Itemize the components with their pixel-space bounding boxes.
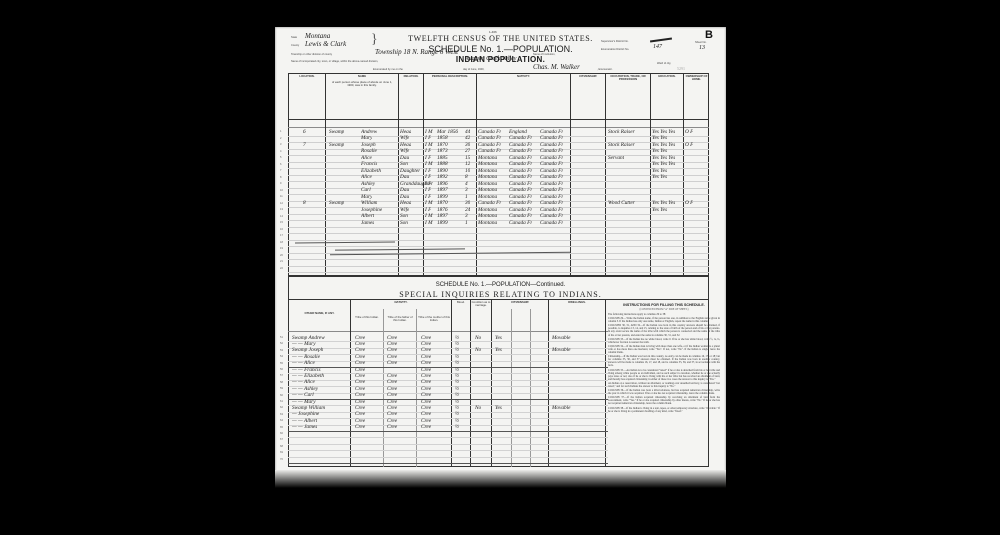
- col-divider: [605, 299, 606, 467]
- row-rule: [288, 463, 608, 464]
- birthplace-self: Montana: [478, 155, 497, 161]
- date-label: day of June, 1900,: [463, 68, 484, 71]
- age: 24: [465, 207, 470, 213]
- supervisor-label: Supervisor's District No.: [601, 40, 629, 43]
- tribe-father: Cree: [387, 354, 397, 360]
- instruction-paragraph: COLUMN 29.—Write the Indian name, if the…: [608, 317, 720, 323]
- tribe-father: Cree: [387, 347, 397, 353]
- birth-date: 1885: [437, 155, 448, 161]
- birthplace-mother: Canada Fr: [540, 155, 563, 161]
- sex-race: I M: [425, 200, 433, 206]
- line-number: 55: [280, 362, 283, 365]
- other-name: — — Carl: [292, 392, 314, 398]
- line-number: 2: [280, 137, 281, 140]
- line-number: 19: [280, 247, 283, 250]
- sex-race: I M: [425, 220, 433, 226]
- header-marriage: Condition as to marriage.: [471, 301, 491, 307]
- dwelling-type: Movable: [552, 405, 571, 411]
- blood: ½: [455, 347, 459, 353]
- line-number: 11: [280, 195, 283, 198]
- header-tribe-nativity: NATIVITY.: [351, 301, 451, 304]
- birthplace-mother: Canada Fr: [540, 207, 563, 213]
- state-value: Montana: [305, 32, 330, 40]
- line-number: 65: [280, 426, 283, 429]
- tribe-mother: Cree: [421, 392, 431, 398]
- other-name: — Josephine: [292, 411, 319, 417]
- given-name: Andrew: [361, 129, 377, 135]
- education: Yes Yes Yes: [652, 129, 675, 135]
- birthplace-mother: Canada Fr: [540, 200, 563, 206]
- birthplace-father: Canada Fr: [509, 213, 532, 219]
- enumerator-signature: Chas. M. Walker: [533, 63, 580, 71]
- row-rule: [288, 380, 608, 381]
- township-value: Township 18 N. Range 6 West: [375, 48, 458, 56]
- birth-date: Mar 1856: [437, 129, 458, 135]
- row-rule: [288, 246, 709, 247]
- line-number: 16: [280, 228, 283, 231]
- birthplace-mother: Canada Fr: [540, 135, 563, 141]
- line-number: 4: [280, 150, 281, 153]
- instruction-paragraph: COLUMN 38.—If the Indian is living in a …: [608, 407, 720, 413]
- line-number: 62: [280, 406, 283, 409]
- other-name: — — James: [292, 424, 317, 430]
- township-label: Township or other division of county: [291, 53, 332, 56]
- sex-race: I F: [425, 207, 431, 213]
- tribe-mother: Cree: [421, 386, 431, 392]
- line-number: 54: [280, 355, 283, 358]
- relation: Wife: [400, 207, 409, 213]
- blood: ½: [455, 399, 459, 405]
- other-name: Swamp William: [292, 405, 325, 411]
- instructions-panel: INSTRUCTIONS FOR FILLING THIS SCHEDULE. …: [608, 300, 720, 490]
- age: 4: [465, 181, 468, 187]
- tribe-self: Cree: [355, 399, 365, 405]
- age: 30: [465, 200, 470, 206]
- header-relation: RELATION.: [399, 75, 423, 78]
- line-number: 68: [280, 445, 283, 448]
- birthplace-father: Canada Fr: [509, 181, 532, 187]
- birthplace-father: Canada Fr: [509, 220, 532, 226]
- line-number: 66: [280, 432, 283, 435]
- county-value: Lewis & Clark: [305, 40, 346, 48]
- birthplace-self: Canada Fr: [478, 200, 501, 206]
- header-tribe-father: Tribe of the father of this Indian.: [385, 316, 415, 322]
- sex-race: I F: [425, 181, 431, 187]
- header-divider: [288, 119, 709, 120]
- instruction-paragraph: Citizenship.—If the Indian was born in t…: [608, 355, 720, 367]
- row-rule: [288, 220, 709, 221]
- education: Yes Yes Yes: [652, 142, 675, 148]
- age: 3: [465, 187, 468, 193]
- birthplace-father: Canada Fr: [509, 142, 532, 148]
- line-number: 17: [280, 234, 283, 237]
- tribe-self: Cree: [355, 335, 365, 341]
- other-name: — — Alice: [292, 360, 315, 366]
- tribe-father: Cree: [387, 418, 397, 424]
- age: 42: [465, 135, 470, 141]
- header-tribe-mother: Tribe of the mother of this Indian.: [418, 316, 450, 322]
- birthplace-mother: Canada Fr: [540, 148, 563, 154]
- state-label: State: [291, 36, 297, 39]
- blood: ½: [455, 424, 459, 430]
- instruction-paragraph: COLUMN 34.—If the Indian man is living w…: [608, 345, 720, 354]
- birthplace-self: Montana: [478, 187, 497, 193]
- relation: Son: [400, 220, 408, 226]
- row-rule: [288, 155, 709, 156]
- line-number: 67: [280, 438, 283, 441]
- other-name: Swamp Andrew: [292, 335, 325, 341]
- blood: ½: [455, 354, 459, 360]
- occupation: Stock Raiser: [608, 129, 635, 135]
- col-divider: [451, 299, 452, 467]
- other-name: — — Alice: [292, 379, 315, 385]
- tribe-father: Cree: [387, 399, 397, 405]
- header-other-name: OTHER NAME, IF ANY.: [289, 312, 350, 315]
- line-number: 12: [280, 202, 283, 205]
- home-ownership: O F: [685, 142, 693, 148]
- row-rule: [288, 233, 709, 234]
- age: 3: [465, 213, 468, 219]
- instructions-text: The following instructions apply to colu…: [608, 313, 720, 413]
- birthplace-father: Canada Fr: [509, 135, 532, 141]
- dwelling-number: 7: [303, 142, 306, 148]
- other-name: — — Albert: [292, 418, 317, 424]
- given-name: Mary: [361, 135, 372, 141]
- given-name: James: [361, 220, 374, 226]
- education: Yes Yes Yes: [652, 161, 675, 167]
- blood: ½: [455, 360, 459, 366]
- line-number: 1: [280, 130, 281, 133]
- tribe-father: Cree: [387, 379, 397, 385]
- dwelling-number: 8: [303, 200, 306, 206]
- birth-date: 1890: [437, 168, 448, 174]
- incorporated-label: Name of incorporated city, town, or vill…: [291, 60, 378, 63]
- tribe-father: Cree: [387, 360, 397, 366]
- birth-date: 1899: [437, 194, 448, 200]
- citizenship: Yes: [495, 335, 502, 341]
- tribe-self: Cree: [355, 405, 365, 411]
- tribe-father: Cree: [387, 405, 397, 411]
- home-ownership: O F: [685, 200, 693, 206]
- given-name: Elizabeth: [361, 168, 381, 174]
- dwelling-type: Movable: [552, 347, 571, 353]
- header-ownership: OWNERSHIP OF HOME.: [684, 75, 709, 81]
- dwelling-number: 6: [303, 129, 306, 135]
- tribe-self: Cree: [355, 386, 365, 392]
- sex-race: I F: [425, 148, 431, 154]
- tribe-father: Cree: [387, 335, 397, 341]
- relation: Head: [400, 142, 411, 148]
- birthplace-father: Canada Fr: [509, 194, 532, 200]
- tribe-mother: Cree: [421, 373, 431, 379]
- row-rule: [288, 266, 709, 267]
- line-number: 57: [280, 374, 283, 377]
- line-number: 60: [280, 394, 283, 397]
- enumerator-label: , Enumerator.: [597, 68, 613, 71]
- birthplace-father: Canada Fr: [509, 155, 532, 161]
- header-occupation: OCCUPATION, TRADE, OR PROFESSION: [606, 75, 650, 81]
- sex-race: I F: [425, 168, 431, 174]
- row-rule: [288, 259, 709, 260]
- enumeration-label: Enumeration District No.: [601, 48, 629, 51]
- header-name: NAME: [326, 75, 398, 78]
- line-number: 7: [280, 169, 281, 172]
- age: 1: [465, 220, 468, 226]
- given-name: Francis: [361, 161, 377, 167]
- tribe-father: Cree: [387, 373, 397, 379]
- col-divider: [548, 299, 549, 467]
- age: 27: [465, 148, 470, 154]
- line-number: 70: [280, 458, 283, 461]
- relation: Daughter: [400, 168, 420, 174]
- paper-bottom-edge: [275, 470, 726, 488]
- surname: Swamp: [329, 129, 344, 135]
- education: Yes Yes: [652, 174, 667, 180]
- age: 1: [465, 194, 468, 200]
- blood: ½: [455, 335, 459, 341]
- header-personal: PERSONAL DESCRIPTION.: [424, 75, 476, 78]
- given-name: Ashley: [361, 181, 375, 187]
- row-rule: [288, 162, 709, 163]
- line-number: 21: [280, 260, 283, 263]
- tribe-father: Cree: [387, 411, 397, 417]
- birthplace-self: Montana: [478, 174, 497, 180]
- line-number: 52: [280, 342, 283, 345]
- birthplace-father: Canada Fr: [509, 207, 532, 213]
- row-rule: [288, 214, 709, 215]
- birthplace-father: Canada Fr: [509, 174, 532, 180]
- birthplace-mother: Canada Fr: [540, 220, 563, 226]
- line-number: 3: [280, 143, 281, 146]
- line-number: 53: [280, 349, 283, 352]
- tribe-mother: Cree: [421, 424, 431, 430]
- birthplace-father: England: [509, 129, 527, 135]
- birthplace-father: Canada Fr: [509, 148, 532, 154]
- occupation: Wood Cutter: [608, 200, 635, 206]
- tribe-mother: Cree: [421, 360, 431, 366]
- sex-race: I F: [425, 135, 431, 141]
- education: Yes Yes: [652, 148, 667, 154]
- surname: Swamp: [329, 142, 344, 148]
- line-number: 15: [280, 221, 283, 224]
- tribe-self: Cree: [355, 347, 365, 353]
- instruction-paragraph: COLUMN 37.—If the Indian acquired citize…: [608, 396, 720, 405]
- row-rule: [288, 457, 608, 458]
- tribe-mother: Cree: [421, 405, 431, 411]
- birthplace-self: Montana: [478, 213, 497, 219]
- sex-race: I F: [425, 194, 431, 200]
- line-number: 63: [280, 413, 283, 416]
- row-rule: [288, 386, 608, 387]
- given-name: Joseph: [361, 142, 376, 148]
- stamp-number: 5291: [677, 66, 685, 71]
- header-education: EDUCATION.: [651, 75, 683, 78]
- relation: Head: [400, 129, 411, 135]
- row-rule: [288, 272, 709, 273]
- other-name: — — Rosalie: [292, 354, 320, 360]
- birthplace-self: Montana: [478, 181, 497, 187]
- line-number: 8: [280, 176, 281, 179]
- birth-date: 1899: [437, 220, 448, 226]
- sex-race: I M: [425, 213, 433, 219]
- tribe-father: Cree: [387, 386, 397, 392]
- given-name: Rosalie: [361, 148, 377, 154]
- age: 12: [465, 161, 470, 167]
- birthplace-self: Montana: [478, 168, 497, 174]
- age: 44: [465, 129, 470, 135]
- birthplace-father: Canada Fr: [509, 168, 532, 174]
- row-rule: [288, 399, 608, 400]
- sheet-label: Sheet No.: [695, 41, 707, 44]
- col-divider: [470, 299, 471, 467]
- blood: ½: [455, 386, 459, 392]
- col-divider: [491, 299, 492, 467]
- birth-date: 1892: [437, 174, 448, 180]
- birthplace-self: Montana: [478, 161, 497, 167]
- col-divider: [350, 299, 351, 467]
- header-citizenship: CITIZENSHIP.: [571, 75, 605, 78]
- other-name: — — Elizabeth: [292, 373, 324, 379]
- row-rule: [288, 437, 608, 438]
- blood: ½: [455, 341, 459, 347]
- birthplace-father: Canada Fr: [509, 200, 532, 206]
- row-rule: [288, 168, 709, 169]
- row-rule: [288, 367, 608, 368]
- line-number: 22: [280, 267, 283, 270]
- row-rule: [288, 450, 608, 451]
- tribe-mother: Cree: [421, 341, 431, 347]
- birthplace-mother: Canada Fr: [540, 213, 563, 219]
- line-number: 59: [280, 387, 283, 390]
- instruction-paragraph: COLUMNS 30, 31, AND 32.—If the Indian wa…: [608, 324, 720, 336]
- age: 30: [465, 142, 470, 148]
- birthplace-self: Montana: [478, 194, 497, 200]
- row-rule: [288, 188, 709, 189]
- blood: ½: [455, 418, 459, 424]
- row-rule: [288, 425, 608, 426]
- instruction-paragraph: An Indian on a reservation, without an a…: [608, 382, 720, 388]
- birth-date: 1870: [437, 142, 448, 148]
- header-blood: Blood.: [452, 301, 470, 304]
- birth-date: 1876: [437, 207, 448, 213]
- tribe-self: Cree: [355, 379, 365, 385]
- row-rule: [288, 412, 608, 413]
- row-rule: [288, 181, 709, 182]
- row-rule: [288, 227, 709, 228]
- header-dwellings: DWELLINGS.: [549, 301, 605, 304]
- line-number: 14: [280, 215, 283, 218]
- county-label: County: [291, 44, 299, 47]
- birth-date: 1858: [437, 135, 448, 141]
- age: 10: [465, 168, 470, 174]
- given-name: William: [361, 200, 377, 206]
- sex-race: I F: [425, 174, 431, 180]
- relation: Son: [400, 161, 408, 167]
- citizenship: Yes: [495, 405, 502, 411]
- row-rule: [288, 361, 608, 362]
- row-rule: [288, 354, 608, 355]
- header-citizenship-2: CITIZENSHIP.: [492, 301, 548, 304]
- institution-label: Name of Institution,: [533, 53, 555, 56]
- relation: Wife: [400, 135, 409, 141]
- birthplace-mother: Canada Fr: [540, 168, 563, 174]
- header-tribe-self: Tribe of this Indian.: [352, 316, 382, 319]
- occupation: Stock Raiser: [608, 142, 635, 148]
- birthplace-self: Montana: [478, 207, 497, 213]
- sex-race: I F: [425, 187, 431, 193]
- line-number: 13: [280, 208, 283, 211]
- birth-date: 1873: [437, 148, 448, 154]
- row-rule: [288, 175, 709, 176]
- birthplace-father: Canada Fr: [509, 161, 532, 167]
- citizenship: Yes: [495, 347, 502, 353]
- relation: Dau: [400, 194, 409, 200]
- sex-race: I M: [425, 161, 433, 167]
- line-number: 20: [280, 254, 283, 257]
- incorporated-value: Augusta Creek Valley: [465, 56, 516, 62]
- marriage-condition: No: [475, 405, 481, 411]
- tribe-self: Cree: [355, 411, 365, 417]
- sheet-letter: B: [705, 29, 713, 41]
- sheet-value: 13: [699, 45, 705, 51]
- row-rule: [288, 393, 608, 394]
- tribe-mother: Cree: [421, 335, 431, 341]
- instructions-subtitle: (CONTINUED FROM "A" SIDE OF SHEET.): [608, 308, 720, 311]
- birthplace-mother: Canada Fr: [540, 194, 563, 200]
- relation: Head: [400, 200, 411, 206]
- relation: Dau: [400, 155, 409, 161]
- blood: ½: [455, 367, 459, 373]
- given-name: Carl: [361, 187, 371, 193]
- birthplace-mother: Canada Fr: [540, 142, 563, 148]
- relation: Dau: [400, 174, 409, 180]
- education: Yes Yes: [652, 135, 667, 141]
- instructions-title: INSTRUCTIONS FOR FILLING THIS SCHEDULE.: [608, 303, 720, 307]
- line-number: 69: [280, 451, 283, 454]
- line-number: 58: [280, 381, 283, 384]
- tribe-self: Cree: [355, 360, 365, 366]
- dwelling-type: Movable: [552, 335, 571, 341]
- header-name-desc: of each person whose place of abode on J…: [328, 81, 396, 87]
- given-name: Alice: [361, 155, 372, 161]
- line-number: 61: [280, 400, 283, 403]
- tribe-father: Cree: [387, 392, 397, 398]
- birthplace-self: Montana: [478, 220, 497, 226]
- other-name: — — Francis: [292, 367, 321, 373]
- marriage-condition: No: [475, 347, 481, 353]
- line-number: 10: [280, 189, 283, 192]
- relation: Son: [400, 213, 408, 219]
- birth-date: 1897: [437, 187, 448, 193]
- enumeration-value: 147: [653, 44, 662, 50]
- row-rule: [288, 194, 709, 195]
- education: Yes Yes: [652, 207, 667, 213]
- section2-header-divider: [288, 331, 608, 332]
- given-name: Alice: [361, 174, 372, 180]
- row-rule: [288, 341, 608, 342]
- row-rule: [288, 207, 709, 208]
- instruction-paragraph: COLUMN 33.—If the Indian has no white bl…: [608, 338, 720, 344]
- tribe-self: Cree: [355, 424, 365, 430]
- birthplace-self: Canada Fr: [478, 148, 501, 154]
- birthplace-mother: Canada Fr: [540, 187, 563, 193]
- line-number: 51: [280, 336, 283, 339]
- instruction-paragraph: The following instructions apply to colu…: [608, 313, 720, 316]
- line-number: 9: [280, 182, 281, 185]
- age: 8: [465, 174, 468, 180]
- instruction-paragraph: COLUMN 36.—If the Indian was born a trib…: [608, 389, 720, 395]
- tribe-self: Cree: [355, 418, 365, 424]
